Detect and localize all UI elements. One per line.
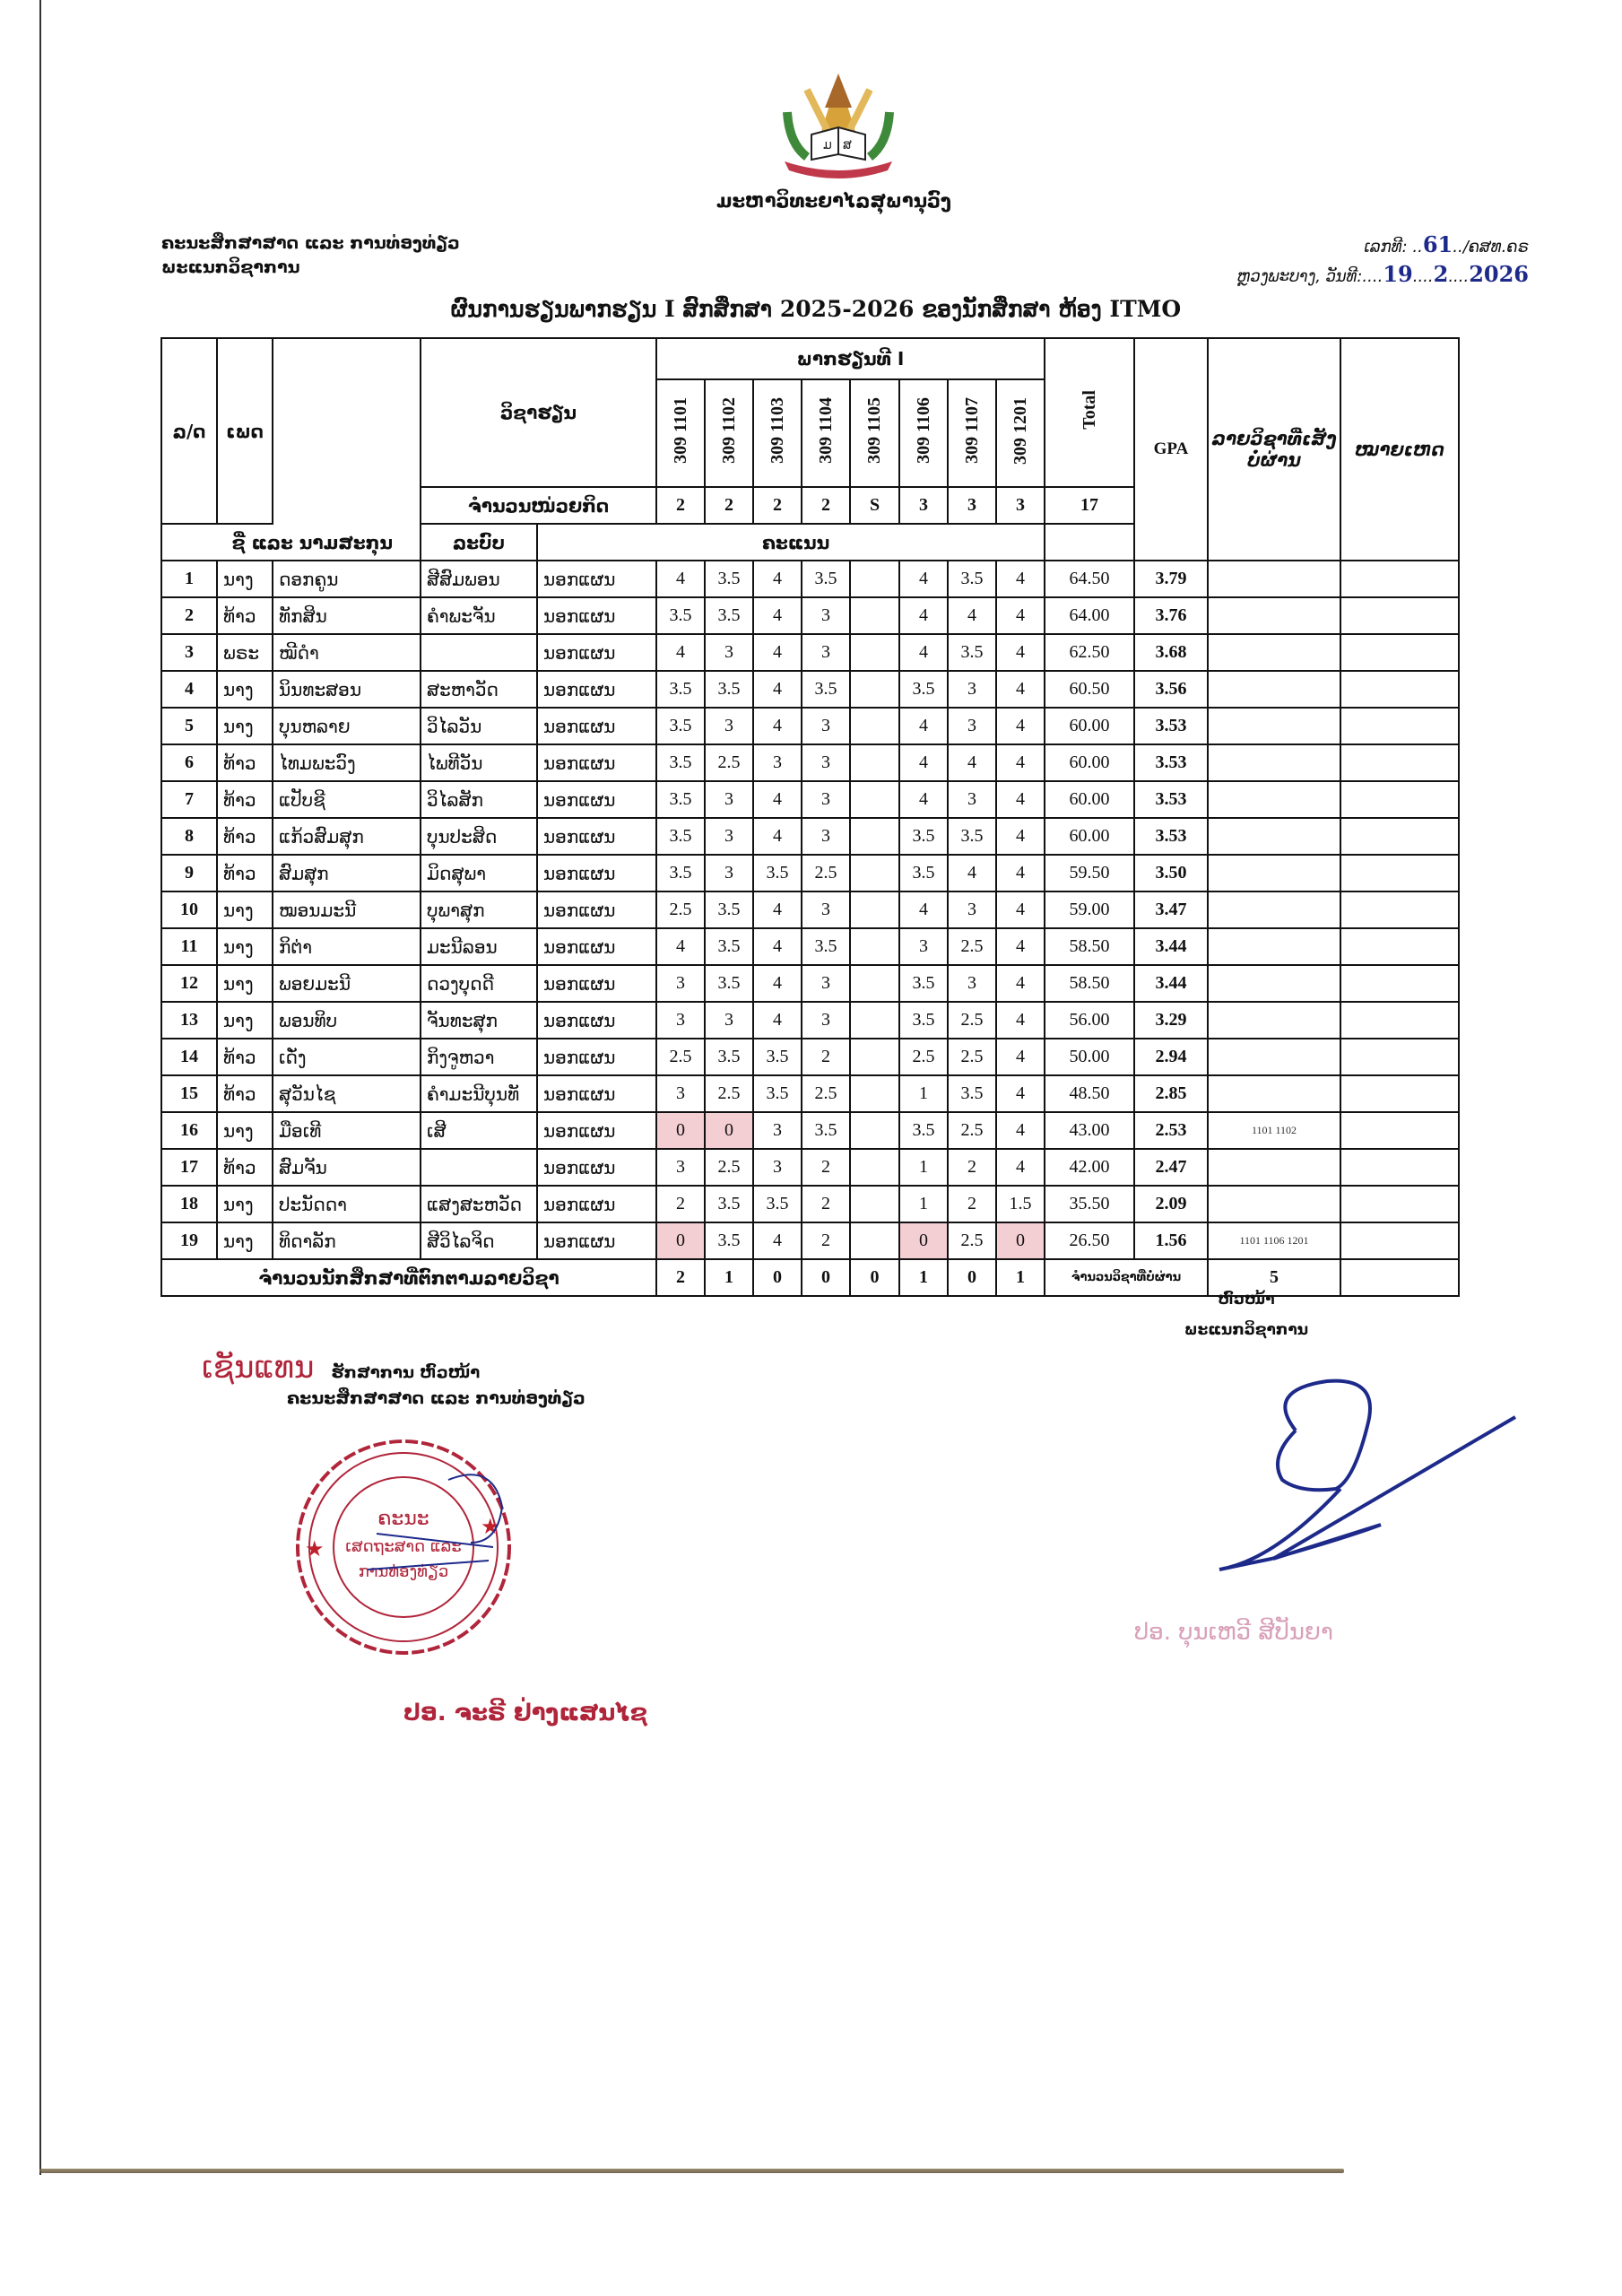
- table-row: 17ທ້າວສົມຈັນນອກແຜນ32.53212442.002.47: [161, 1149, 1459, 1186]
- gpa-value: 3.56: [1134, 671, 1208, 708]
- col-header-gender: ເພດ: [217, 338, 273, 524]
- fail-count: 2: [656, 1259, 705, 1296]
- total-score: 59.00: [1045, 891, 1134, 928]
- subject-code-header: 309 1201: [996, 379, 1045, 487]
- score-cell: 4: [996, 891, 1045, 928]
- row-number: 4: [161, 671, 217, 708]
- table-row: 16ນາງມືອເທີເສີນອກແຜນ0033.53.52.5443.002.…: [161, 1112, 1459, 1149]
- fail-count: 0: [850, 1259, 899, 1296]
- score-cell: 3: [948, 781, 996, 818]
- score-cell: 3.5: [705, 597, 753, 634]
- gpa-value: 2.47: [1134, 1149, 1208, 1186]
- right-signer-title: ຫົວໜ້າ ພະແນກວິຊາການ: [1184, 1284, 1309, 1345]
- score-cell: 3: [948, 891, 996, 928]
- score-cell: 4: [996, 928, 1045, 965]
- svg-text:ມ: ມ: [823, 138, 832, 152]
- svg-text:ສ: ສ: [843, 138, 852, 152]
- subject-code-header: 309 1106: [899, 379, 948, 487]
- score-cell: 3.5: [802, 1112, 850, 1149]
- on-behalf-label: ເຊັນແທນ: [202, 1350, 314, 1386]
- score-cell: 4: [656, 634, 705, 671]
- score-cell: 4: [753, 965, 802, 1002]
- score-cell: 4: [996, 1149, 1045, 1186]
- handwritten-signature-icon: [1166, 1345, 1542, 1578]
- score-cell: 3.5: [948, 818, 996, 855]
- score-cell: 3.5: [802, 671, 850, 708]
- score-cell: 3: [705, 708, 753, 744]
- page-edge: [39, 0, 41, 2175]
- table-row: 6ທ້າວໄທມພະວົງໄພທີວັນນອກແຜນ3.52.53344460.…: [161, 744, 1459, 781]
- svg-text:ຄະນະ: ຄະນະ: [377, 1508, 429, 1530]
- score-cell: 3.5: [705, 671, 753, 708]
- table-row: 1ນາງດອກຄູນສີສົມພອນນອກແຜນ43.543.543.5464.…: [161, 561, 1459, 597]
- failed-subject-codes: [1208, 781, 1340, 818]
- student-last-name: ບຸພາສຸກ: [421, 891, 537, 928]
- score-cell: [850, 891, 899, 928]
- score-cell: 3: [753, 1112, 802, 1149]
- credit-total: 17: [1045, 487, 1134, 524]
- score-cell: 0: [899, 1222, 948, 1259]
- remark-cell: [1340, 1259, 1459, 1296]
- student-gender: ນາງ: [217, 891, 273, 928]
- gpa-value: 2.53: [1134, 1112, 1208, 1149]
- student-last-name: ມະນີລອນ: [421, 928, 537, 965]
- score-cell: 0: [996, 1222, 1045, 1259]
- score-cell: 3.5: [899, 1002, 948, 1039]
- gpa-value: 3.47: [1134, 891, 1208, 928]
- student-last-name: ວິໄລສັກ: [421, 781, 537, 818]
- score-cell: 4: [996, 597, 1045, 634]
- score-cell: [850, 855, 899, 891]
- total-score: 60.00: [1045, 708, 1134, 744]
- svg-text:★: ★: [305, 1536, 325, 1561]
- score-cell: [850, 818, 899, 855]
- student-first-name: ບຸນຫລາຍ: [273, 708, 421, 744]
- failed-subject-codes: 1101 1102: [1208, 1112, 1340, 1149]
- credit-value: 3: [899, 487, 948, 524]
- score-cell: 2.5: [705, 744, 753, 781]
- total-score: 60.00: [1045, 744, 1134, 781]
- row-number: 15: [161, 1075, 217, 1112]
- score-cell: 4: [753, 561, 802, 597]
- total-score: 43.00: [1045, 1112, 1134, 1149]
- table-row: 18ນາງປະນັດດາແສງສະຫວັດນອກແຜນ23.53.52121.5…: [161, 1186, 1459, 1222]
- score-cell: 4: [753, 597, 802, 634]
- credit-value: 2: [753, 487, 802, 524]
- study-type: ນອກແຜນ: [537, 891, 656, 928]
- gpa-value: 3.68: [1134, 634, 1208, 671]
- credit-value: 3: [948, 487, 996, 524]
- official-stamp-icon: ★ ★ ຄະນະ ເສດຖະສາດ ແລະ ການທ່ອງທ່ຽວ: [269, 1426, 538, 1668]
- score-cell: 2.5: [656, 1039, 705, 1075]
- score-cell: 3.5: [753, 855, 802, 891]
- score-cell: 2.5: [948, 1039, 996, 1075]
- student-last-name: ສີສົມພອນ: [421, 561, 537, 597]
- score-cell: [850, 561, 899, 597]
- credit-value: 2: [705, 487, 753, 524]
- score-cell: 4: [753, 928, 802, 965]
- score-cell: 3: [802, 781, 850, 818]
- study-type: ນອກແຜນ: [537, 1075, 656, 1112]
- row-number: 18: [161, 1186, 217, 1222]
- table-row: 3ພຣະໝີດຳນອກແຜນ434343.5462.503.68: [161, 634, 1459, 671]
- score-cell: 4: [899, 744, 948, 781]
- credit-value: 2: [656, 487, 705, 524]
- score-cell: 4: [996, 634, 1045, 671]
- student-last-name: ສີວິໄລຈິດ: [421, 1222, 537, 1259]
- failed-subject-codes: [1208, 597, 1340, 634]
- score-cell: 3.5: [899, 855, 948, 891]
- score-cell: 1: [899, 1075, 948, 1112]
- remark-cell: [1340, 1149, 1459, 1186]
- student-first-name: ໝອນມະນີ: [273, 891, 421, 928]
- row-number: 3: [161, 634, 217, 671]
- row-number: 8: [161, 818, 217, 855]
- score-cell: [850, 744, 899, 781]
- representative-line: ເຊັນແທນ ຮັກສາການ ຫົວໜ້າ: [202, 1350, 480, 1386]
- remark-cell: [1340, 1075, 1459, 1112]
- student-last-name: ວິໄລວັນ: [421, 708, 537, 744]
- score-cell: 2.5: [802, 855, 850, 891]
- score-cell: 2: [802, 1149, 850, 1186]
- score-cell: 3.5: [656, 818, 705, 855]
- score-cell: 0: [656, 1112, 705, 1149]
- study-type: ນອກແຜນ: [537, 1186, 656, 1222]
- student-first-name: ສົມຈັນ: [273, 1149, 421, 1186]
- student-gender: ນາງ: [217, 1112, 273, 1149]
- score-cell: 3.5: [948, 634, 996, 671]
- score-cell: 4: [948, 744, 996, 781]
- total-score: 62.50: [1045, 634, 1134, 671]
- student-first-name: ພອນທິບ: [273, 1002, 421, 1039]
- table-row: 13ນາງພອນທິບຈັນທະສຸກນອກແຜນ33433.52.5456.0…: [161, 1002, 1459, 1039]
- total-score: 56.00: [1045, 1002, 1134, 1039]
- fail-count: 1: [705, 1259, 753, 1296]
- score-cell: 1: [899, 1186, 948, 1222]
- col-header-no: ລ/ດ: [161, 338, 217, 524]
- study-type: ນອກແຜນ: [537, 671, 656, 708]
- failed-subject-codes: [1208, 1002, 1340, 1039]
- score-cell: 3.5: [656, 855, 705, 891]
- score-cell: 3: [705, 781, 753, 818]
- score-cell: 3: [802, 818, 850, 855]
- representative-faculty: ຄະນະສຶກສາສາດ ແລະ ການທ່ອງທ່ຽວ: [287, 1388, 585, 1408]
- failed-subject-codes: [1208, 928, 1340, 965]
- svg-text:ເສດຖະສາດ ແລະ: ເສດຖະສາດ ແລະ: [345, 1537, 461, 1556]
- score-cell: 4: [996, 818, 1045, 855]
- remark-cell: [1340, 965, 1459, 1002]
- student-gender: ທ້າວ: [217, 744, 273, 781]
- student-gender: ນາງ: [217, 1002, 273, 1039]
- col-header-score: ຄະແນນ: [537, 524, 1045, 561]
- row-number: 5: [161, 708, 217, 744]
- student-first-name: ດອກຄູນ: [273, 561, 421, 597]
- student-first-name: ແກ້ວສົມສຸກ: [273, 818, 421, 855]
- score-cell: 3.5: [705, 1222, 753, 1259]
- student-first-name: ສົມສຸກ: [273, 855, 421, 891]
- total-score: 64.50: [1045, 561, 1134, 597]
- fail-count: 1: [899, 1259, 948, 1296]
- score-cell: 4: [753, 1222, 802, 1259]
- remark-cell: [1340, 818, 1459, 855]
- score-cell: 4: [948, 855, 996, 891]
- table-row: 5ນາງບຸນຫລາຍວິໄລວັນນອກແຜນ3.534343460.003.…: [161, 708, 1459, 744]
- failed-subject-codes: [1208, 965, 1340, 1002]
- credit-value: 3: [996, 487, 1045, 524]
- reference-number: ເລກທີ: ..61../ຄສທ.ຄຣ: [1233, 231, 1529, 261]
- study-type: ນອກແຜນ: [537, 634, 656, 671]
- score-cell: 3.5: [656, 708, 705, 744]
- table-row: 11ນາງກິຕ່າມະນີລອນນອກແຜນ43.543.532.5458.5…: [161, 928, 1459, 965]
- student-gender: ນາງ: [217, 965, 273, 1002]
- score-cell: 3.5: [705, 928, 753, 965]
- score-cell: 3.5: [705, 1039, 753, 1075]
- score-cell: 3: [656, 1149, 705, 1186]
- score-cell: [850, 1039, 899, 1075]
- study-type: ນອກແຜນ: [537, 1222, 656, 1259]
- score-cell: [850, 634, 899, 671]
- score-cell: 1.5: [996, 1186, 1045, 1222]
- total-score: 60.50: [1045, 671, 1134, 708]
- table-row: 9ທ້າວສົມສຸກມິດສຸພານອກແຜນ3.533.52.53.5445…: [161, 855, 1459, 891]
- score-cell: 3.5: [802, 928, 850, 965]
- table-row: 7ທ້າວແປັບຊີວິໄລສັກນອກແຜນ3.534343460.003.…: [161, 781, 1459, 818]
- fail-count: 0: [753, 1259, 802, 1296]
- col-header-semester: ພາກຮຽນທີ I: [656, 338, 1045, 379]
- remark-cell: [1340, 781, 1459, 818]
- failed-subject-codes: [1208, 1186, 1340, 1222]
- table-row: 15ທ້າວສຸວັນໄຊຄຳມະນີບຸນທັນອກແຜນ32.53.52.5…: [161, 1075, 1459, 1112]
- score-cell: 3: [802, 965, 850, 1002]
- score-cell: 3: [656, 1002, 705, 1039]
- failed-subject-codes: [1208, 744, 1340, 781]
- student-last-name: ກິງຈູຫວາ: [421, 1039, 537, 1075]
- failed-subject-codes: [1208, 671, 1340, 708]
- study-type: ນອກແຜນ: [537, 781, 656, 818]
- score-cell: 4: [948, 597, 996, 634]
- student-gender: ທ້າວ: [217, 597, 273, 634]
- score-cell: 4: [753, 891, 802, 928]
- remark-cell: [1340, 891, 1459, 928]
- score-cell: [850, 1112, 899, 1149]
- student-first-name: ແປັບຊີ: [273, 781, 421, 818]
- remark-cell: [1340, 1186, 1459, 1222]
- fail-count: 0: [802, 1259, 850, 1296]
- table-row: 14ທ້າວເດັ່ງກິງຈູຫວານອກແຜນ2.53.53.522.52.…: [161, 1039, 1459, 1075]
- document-date: ຫຼວງພະບາງ, ວັນທີ:....19....2....2026: [1233, 261, 1529, 291]
- score-cell: 3: [948, 671, 996, 708]
- subject-code-header: 309 1103: [753, 379, 802, 487]
- failed-subject-codes: [1208, 891, 1340, 928]
- study-type: ນອກແຜນ: [537, 855, 656, 891]
- row-number: 2: [161, 597, 217, 634]
- score-cell: [850, 1222, 899, 1259]
- row-number: 11: [161, 928, 217, 965]
- score-cell: [850, 1186, 899, 1222]
- subject-code-header: 309 1107: [948, 379, 996, 487]
- score-cell: 3: [705, 818, 753, 855]
- study-type: ນອກແຜນ: [537, 965, 656, 1002]
- col-header-total: Total: [1045, 338, 1134, 487]
- student-first-name: ທິດາລັກ: [273, 1222, 421, 1259]
- student-last-name: ສະຫາວັດ: [421, 671, 537, 708]
- subject-code-header: 309 1101: [656, 379, 705, 487]
- table-row: 2ທ້າວທັກສິນຄຳພະຈັນນອກແຜນ3.53.54344464.00…: [161, 597, 1459, 634]
- col-header-type: ລະບົບ: [421, 524, 537, 561]
- gpa-value: 3.79: [1134, 561, 1208, 597]
- acting-head-title: ຮັກສາການ ຫົວໜ້າ: [332, 1363, 481, 1382]
- student-last-name: ໄພທີວັນ: [421, 744, 537, 781]
- failed-subject-codes: 1101 1106 1201: [1208, 1222, 1340, 1259]
- gpa-value: 1.56: [1134, 1222, 1208, 1259]
- score-cell: 4: [899, 634, 948, 671]
- fail-count: 1: [996, 1259, 1045, 1296]
- student-last-name: ແສງສະຫວັດ: [421, 1186, 537, 1222]
- score-cell: 3.5: [656, 597, 705, 634]
- score-cell: [850, 708, 899, 744]
- credit-value: 2: [802, 487, 850, 524]
- score-cell: 3.5: [948, 1075, 996, 1112]
- row-number: 16: [161, 1112, 217, 1149]
- student-first-name: ປະນັດດາ: [273, 1186, 421, 1222]
- col-header-gpa: GPA: [1134, 338, 1208, 561]
- score-cell: [850, 1149, 899, 1186]
- failed-subject-codes: [1208, 818, 1340, 855]
- score-cell: 3.5: [705, 965, 753, 1002]
- summary-label: ຈຳນວນນັກສຶກສາທີ່ຕົກຕາມລາຍວິຊາ: [161, 1259, 656, 1296]
- page-edge-shadow: [39, 2169, 1344, 2173]
- table-row: 19ນາງທິດາລັກສີວິໄລຈິດນອກແຜນ03.54202.5026…: [161, 1222, 1459, 1259]
- gpa-value: 3.50: [1134, 855, 1208, 891]
- score-cell: 4: [996, 1112, 1045, 1149]
- remark-cell: [1340, 744, 1459, 781]
- student-gender: ທ້າວ: [217, 1149, 273, 1186]
- score-cell: 4: [899, 597, 948, 634]
- gpa-value: 3.53: [1134, 744, 1208, 781]
- score-cell: 3.5: [705, 891, 753, 928]
- score-cell: 3.5: [753, 1186, 802, 1222]
- remark-cell: [1340, 1222, 1459, 1259]
- table-row: 4ນາງນິນທະສອນສະຫາວັດນອກແຜນ3.53.543.53.534…: [161, 671, 1459, 708]
- student-gender: ທ້າວ: [217, 855, 273, 891]
- score-cell: 4: [996, 1002, 1045, 1039]
- student-gender: ທ້າວ: [217, 1075, 273, 1112]
- failed-subject-codes: [1208, 1149, 1340, 1186]
- score-cell: 3: [656, 965, 705, 1002]
- row-number: 7: [161, 781, 217, 818]
- score-cell: 3.5: [656, 744, 705, 781]
- score-cell: 3.5: [705, 561, 753, 597]
- student-first-name: ພອຍມະນີ: [273, 965, 421, 1002]
- failed-subject-codes: [1208, 1075, 1340, 1112]
- faculty-name: ຄະນະສຶກສາສາດ ແລະ ການທ່ອງທ່ຽວ: [161, 231, 460, 256]
- student-first-name: ໝີດຳ: [273, 634, 421, 671]
- study-type: ນອກແຜນ: [537, 928, 656, 965]
- fail-count: 0: [948, 1259, 996, 1296]
- student-last-name: ເສີ: [421, 1112, 537, 1149]
- score-cell: 3.5: [705, 1186, 753, 1222]
- remark-cell: [1340, 928, 1459, 965]
- remark-cell: [1340, 1002, 1459, 1039]
- student-first-name: ກິຕ່າ: [273, 928, 421, 965]
- score-cell: 2.5: [948, 928, 996, 965]
- grades-table: ລ/ດ ເພດ ວິຊາຮຽນ ພາກຮຽນທີ I Total GPA ລາຍ…: [160, 337, 1460, 1297]
- credits-label: ຈຳນວນໜ່ວຍກິດ: [421, 487, 656, 524]
- score-cell: 2.5: [705, 1149, 753, 1186]
- remark-cell: [1340, 1039, 1459, 1075]
- score-cell: 3: [753, 1149, 802, 1186]
- study-type: ນອກແຜນ: [537, 818, 656, 855]
- student-first-name: ໄທມພະວົງ: [273, 744, 421, 781]
- student-gender: ທ້າວ: [217, 1039, 273, 1075]
- score-cell: 2: [948, 1186, 996, 1222]
- score-cell: 3: [802, 708, 850, 744]
- score-cell: 4: [996, 855, 1045, 891]
- score-cell: 4: [656, 928, 705, 965]
- total-score: 60.00: [1045, 781, 1134, 818]
- credit-value: S: [850, 487, 899, 524]
- score-cell: [850, 1002, 899, 1039]
- study-type: ນອກແຜນ: [537, 1002, 656, 1039]
- score-cell: 4: [753, 634, 802, 671]
- total-score: 48.50: [1045, 1075, 1134, 1112]
- study-type: ນອກແຜນ: [537, 1039, 656, 1075]
- score-cell: 4: [996, 781, 1045, 818]
- score-cell: 4: [899, 781, 948, 818]
- score-cell: 3.5: [948, 561, 996, 597]
- remark-cell: [1340, 597, 1459, 634]
- student-gender: ນາງ: [217, 561, 273, 597]
- row-number: 6: [161, 744, 217, 781]
- score-cell: 3: [948, 708, 996, 744]
- table-row: 8ທ້າວແກ້ວສົມສຸກບຸນປະສິດນອກແຜນ3.53433.53.…: [161, 818, 1459, 855]
- student-last-name: ມິດສຸພາ: [421, 855, 537, 891]
- student-first-name: ມືອເທີ: [273, 1112, 421, 1149]
- score-cell: 2.5: [899, 1039, 948, 1075]
- student-first-name: ນິນທະສອນ: [273, 671, 421, 708]
- score-cell: 2.5: [948, 1222, 996, 1259]
- score-cell: 3: [802, 744, 850, 781]
- score-cell: 3: [948, 965, 996, 1002]
- score-cell: 2: [802, 1039, 850, 1075]
- score-cell: 4: [899, 708, 948, 744]
- row-number: 9: [161, 855, 217, 891]
- total-score: 26.50: [1045, 1222, 1134, 1259]
- score-cell: 3: [802, 597, 850, 634]
- score-cell: 4: [996, 708, 1045, 744]
- score-cell: [850, 928, 899, 965]
- score-cell: 3: [656, 1075, 705, 1112]
- score-cell: 0: [705, 1112, 753, 1149]
- total-score: 64.00: [1045, 597, 1134, 634]
- gpa-value: 3.76: [1134, 597, 1208, 634]
- student-gender: ນາງ: [217, 1222, 273, 1259]
- score-cell: 3: [802, 891, 850, 928]
- department-name: ພະແນກວິຊາການ: [161, 256, 460, 280]
- failed-subject-codes: [1208, 561, 1340, 597]
- score-cell: 4: [753, 1002, 802, 1039]
- col-header-subject: ວິຊາຮຽນ: [421, 338, 656, 487]
- student-last-name: ຄຳພະຈັນ: [421, 597, 537, 634]
- gpa-value: 3.53: [1134, 818, 1208, 855]
- remark-cell: [1340, 561, 1459, 597]
- score-cell: 4: [996, 671, 1045, 708]
- score-cell: 3: [705, 1002, 753, 1039]
- score-cell: 4: [656, 561, 705, 597]
- score-cell: 2.5: [948, 1112, 996, 1149]
- student-gender: ພຣະ: [217, 634, 273, 671]
- score-cell: 4: [899, 891, 948, 928]
